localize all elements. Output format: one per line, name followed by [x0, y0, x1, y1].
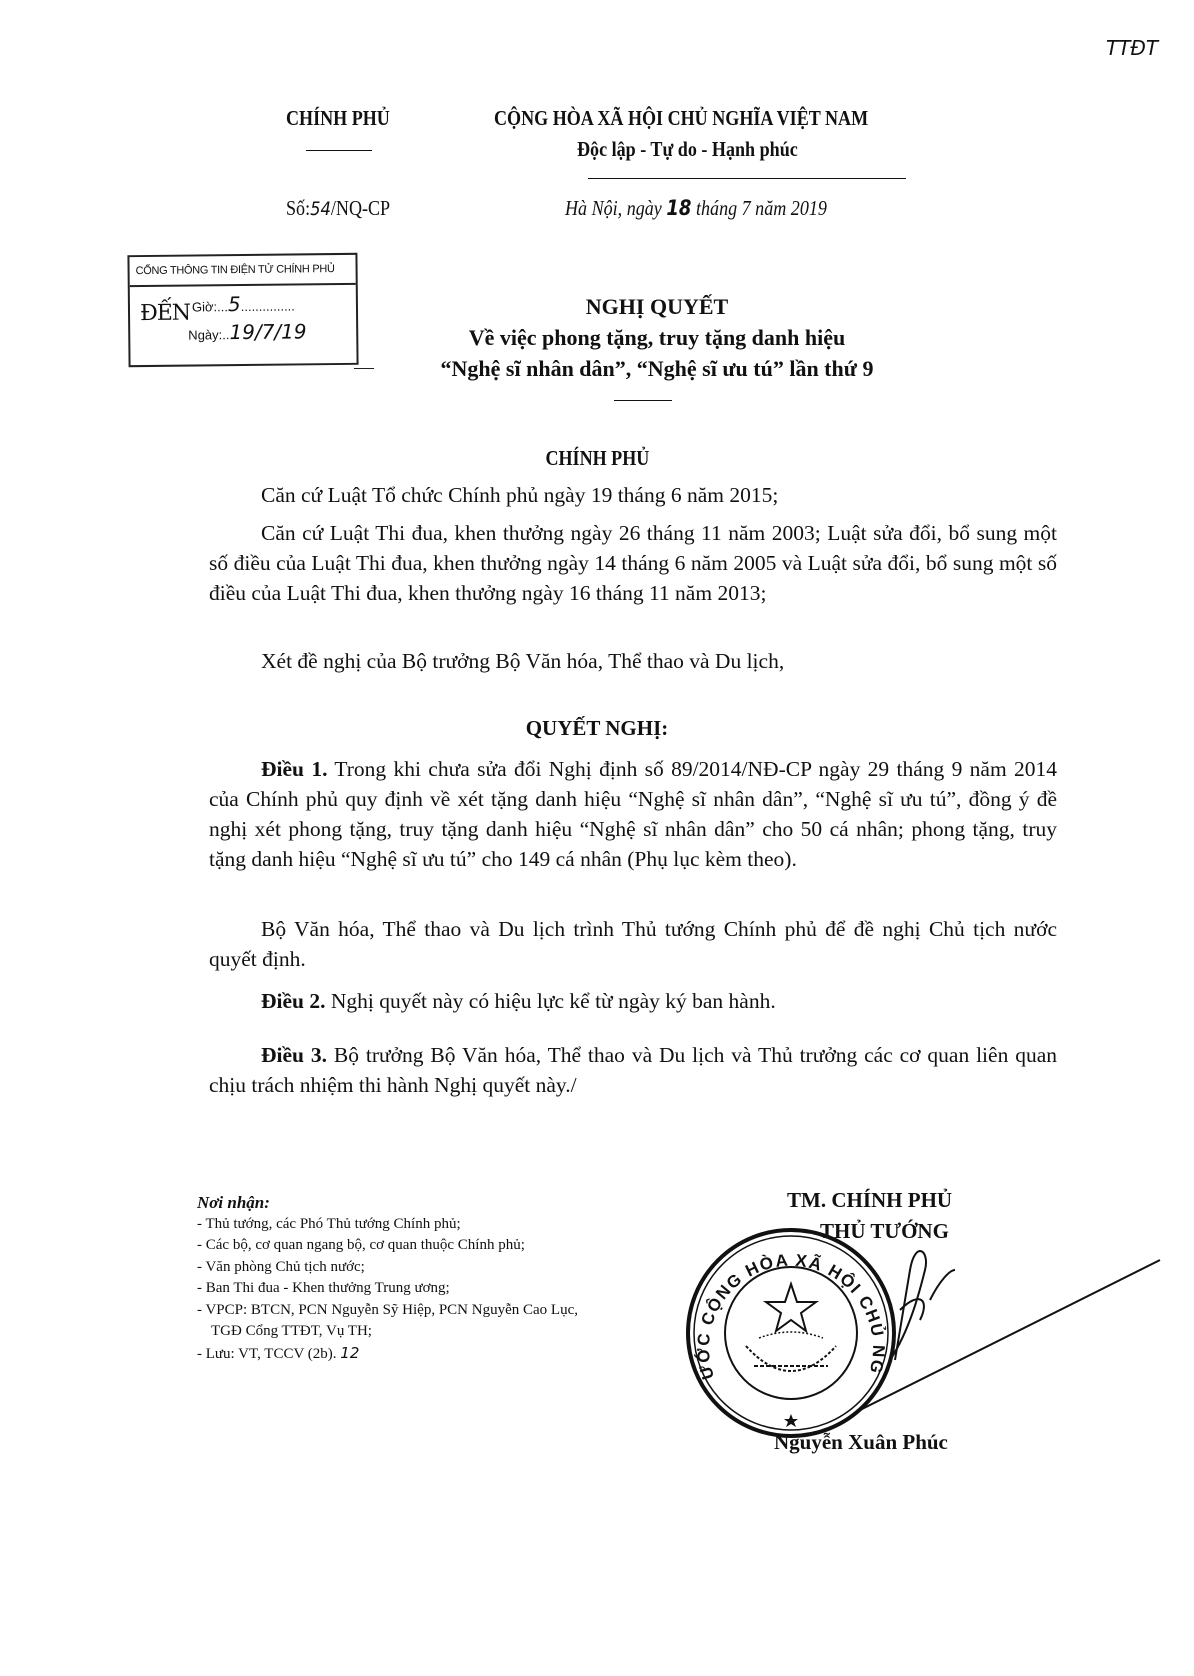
national-motto: Độc lập - Tự do - Hạnh phúc	[577, 137, 798, 162]
document-number-prefix: Số:	[286, 196, 310, 220]
article-1-label: Điều 1.	[261, 757, 327, 781]
article-3: Điều 3. Bộ trưởng Bộ Văn hóa, Thể thao v…	[209, 1040, 1057, 1100]
country-name: CỘNG HÒA XÃ HỘI CHỦ NGHĨA VIỆT NAM	[494, 106, 868, 131]
article-1: Điều 1. Trong khi chưa sửa đổi Nghị định…	[209, 754, 1057, 874]
title-underline	[614, 400, 672, 401]
article-2-label: Điều 2.	[261, 989, 326, 1013]
recipient-item: - VPCP: BTCN, PCN Nguyễn Sỹ Hiệp, PCN Ng…	[197, 1300, 578, 1322]
signature-on-behalf: TM. CHÍNH PHỦ	[787, 1188, 952, 1213]
date-prefix: Hà Nội, ngày	[565, 196, 666, 220]
preamble-paragraph-2: Căn cứ Luật Thi đua, khen thưởng ngày 26…	[209, 518, 1057, 608]
stamp-organization: CỔNG THÔNG TIN ĐIỆN TỬ CHÍNH PHỦ	[129, 255, 355, 287]
recipients-label: Nơi nhận:	[197, 1192, 578, 1214]
preamble-heading: CHÍNH PHỦ	[0, 446, 1194, 471]
preamble-heading-text: CHÍNH PHỦ	[545, 446, 649, 471]
document-number-handwritten: 54	[310, 198, 331, 220]
date-day-handwritten: 18	[666, 196, 691, 220]
recipient-item: - Thủ tướng, các Phó Thủ tướng Chính phủ…	[197, 1214, 578, 1236]
preamble-paragraph-3: Xét đề nghị của Bộ trưởng Bộ Văn hóa, Th…	[209, 646, 1057, 676]
document-number: Số:54/NQ-CP	[286, 196, 390, 221]
document-number-suffix: /NQ-CP	[331, 196, 390, 220]
corner-handwritten-mark: TTĐT	[1106, 36, 1158, 60]
resolution-heading: QUYẾT NGHỊ:	[0, 716, 1194, 741]
preamble-paragraph-1: Căn cứ Luật Tổ chức Chính phủ ngày 19 th…	[209, 480, 1057, 510]
recipient-item: - Ban Thi đua - Khen thưởng Trung ương;	[197, 1278, 578, 1300]
document-subject-line-2: “Nghệ sĩ nhân dân”, “Nghệ sĩ ưu tú” lần …	[0, 356, 1194, 382]
issuer-name: CHÍNH PHỦ	[286, 106, 390, 131]
date-suffix: tháng 7 năm 2019	[691, 196, 826, 220]
issuer-underline	[306, 150, 372, 151]
article-1-continuation: Bộ Văn hóa, Thể thao và Du lịch trình Th…	[209, 914, 1057, 974]
svg-text:CHÍNH PHỦ NƯỚC CỘNG HÒA XÃ HỘI: CHÍNH PHỦ NƯỚC CỘNG HÒA XÃ HỘI CHỦ NGHĨA…	[684, 1226, 888, 1382]
article-2: Điều 2. Nghị quyết này có hiệu lực kể từ…	[209, 986, 1057, 1016]
recipient-item: TGĐ Cổng TTĐT, Vụ TH;	[197, 1321, 578, 1343]
signature-position: THỦ TƯỚNG	[820, 1219, 949, 1244]
article-2-text: Nghị quyết này có hiệu lực kể từ ngày ký…	[326, 989, 776, 1013]
document-type: NGHỊ QUYẾT	[0, 294, 1194, 320]
issue-date: Hà Nội, ngày 18 tháng 7 năm 2019	[565, 196, 827, 221]
motto-underline	[588, 178, 906, 179]
recipient-item: - Các bộ, cơ quan ngang bộ, cơ quan thuộ…	[197, 1235, 578, 1257]
archive-handwritten-mark: 12	[340, 1344, 359, 1362]
article-3-label: Điều 3.	[261, 1043, 327, 1067]
recipients-list: Nơi nhận: - Thủ tướng, các Phó Thủ tướng…	[197, 1192, 578, 1365]
document-subject-line-1: Về việc phong tặng, truy tặng danh hiệu	[0, 325, 1194, 351]
resolution-heading-text: QUYẾT NGHỊ:	[526, 716, 669, 740]
recipient-item-archive: - Lưu: VT, TCCV (2b). 12	[197, 1343, 578, 1366]
article-3-text: Bộ trưởng Bộ Văn hóa, Thể thao và Du lịc…	[209, 1043, 1057, 1097]
article-1-text: Trong khi chưa sửa đổi Nghị định số 89/2…	[209, 757, 1057, 871]
recipient-item: - Văn phòng Chủ tịch nước;	[197, 1257, 578, 1279]
recipient-archive-text: - Lưu: VT, TCCV (2b).	[197, 1346, 337, 1362]
signer-name: Nguyễn Xuân Phúc	[774, 1430, 948, 1455]
